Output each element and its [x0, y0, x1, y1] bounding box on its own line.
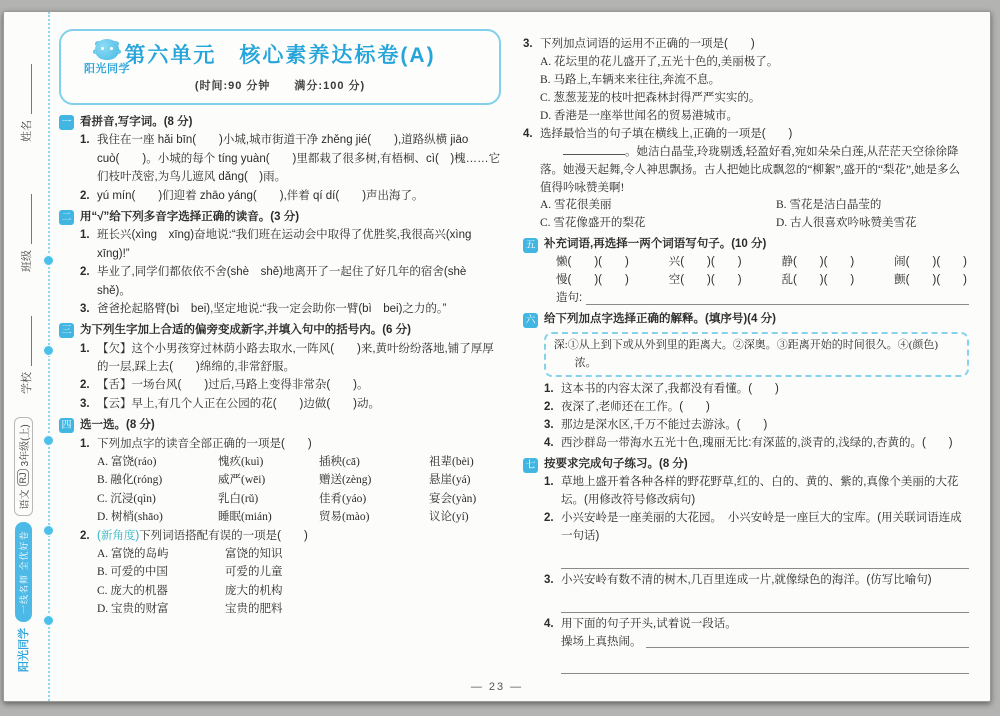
- margin-class-blank: [31, 194, 32, 244]
- sentence-label: 造句:: [556, 290, 582, 308]
- binding-dot: [43, 615, 54, 626]
- option-row: B. 可爱的中国 可爱的儿童: [80, 563, 501, 581]
- answer-line: [561, 658, 969, 674]
- option-row: C. 庞大的机器 庞大的机构: [80, 582, 501, 600]
- option-row: A. 雪花很美丽 B. 雪花是洁白晶莹的: [523, 197, 969, 215]
- margin-class-field: 班级: [18, 194, 34, 272]
- question-item: 4. 西沙群岛一带海水五光十色,瑰丽无比:有深蓝的,淡青的,浅绿的,杏黄的。( …: [544, 435, 969, 453]
- margin-name-label: 姓名: [18, 120, 34, 142]
- margin-brand: 阳光同学 一线名师 全优好卷 语文 RJ 3年级(上): [12, 460, 34, 672]
- section-6-title: 给下列加点字选择正确的解释。(填序号)(4 分): [544, 311, 776, 329]
- question-item: 4. 用下面的句子开头,试着说一段话。: [544, 616, 969, 634]
- question-item: 4. 选择最恰当的句子填在横线上,正确的一项是( ): [523, 126, 969, 144]
- section-2-body: 1. 班长兴(xìng xīng)奋地说:“我们班在运动会中取得了优胜奖,我很高…: [59, 226, 501, 318]
- binding-dot: [43, 525, 54, 536]
- answer-line: [561, 553, 969, 569]
- brand-slogan-pill: 一线名师 全优好卷: [15, 522, 32, 622]
- answer-blank: [563, 144, 625, 155]
- question-item: 1. 班长兴(xìng xīng)奋地说:“我们班在运动会中取得了优胜奖,我很高…: [80, 226, 501, 263]
- section-2-header: 二 用“√”给下列多音字选择正确的读音。(3 分): [59, 208, 501, 226]
- exam-title: 第六单元 核心素养达标卷(A): [124, 39, 435, 73]
- brand-subject: 语文: [16, 489, 31, 509]
- section-7-badge: 七: [523, 458, 538, 473]
- question-item: 2. (新角度)下列词语搭配有误的一项是( ): [80, 527, 501, 545]
- binding-dot: [43, 255, 54, 266]
- question-item: 3. 爸爸抡起胳臂(bì bei),坚定地说:“我一定会助你一臂(bì bei)…: [80, 300, 501, 318]
- option-list: A. 花坛里的花儿盛开了,五光十色的,美丽极了。 B. 马路上,车辆来来往往,奔…: [523, 54, 969, 126]
- option-row: C. 雪花像盛开的梨花 D. 古人很喜欢吟咏赞美雪花: [523, 215, 969, 233]
- section-1-body: 1. 我住在一座 hǎi bīn( )小城,城市街道干净 zhěng jié( …: [59, 131, 501, 205]
- section-6-header: 六 给下列加点字选择正确的解释。(填序号)(4 分): [523, 311, 969, 329]
- question-item: 3. 【云】早上,有几个人正在公园的花( )边做( )动。: [80, 395, 501, 413]
- brand-subject-box: 语文 RJ 3年级(上): [14, 417, 33, 516]
- section-5-header: 五 补充词语,再选择一两个词语写句子。(10 分): [523, 236, 969, 254]
- question-item: 2. yú mín( )们迎着 zhāo yáng( ),伴着 qí dí( )…: [80, 187, 501, 205]
- section-6-badge: 六: [523, 313, 538, 328]
- question-item: 2. 夜深了,老师还在工作。( ): [544, 399, 969, 417]
- new-angle-tag: (新角度): [97, 530, 139, 542]
- binding-dotted-line: [48, 12, 50, 701]
- question-item: 1. 下列加点字的读音全部正确的一项是( ): [80, 435, 501, 453]
- question-item: 3. 那边是深水区,千万不能过去游泳。( ): [544, 417, 969, 435]
- sun-mascot-icon: 阳光同学: [75, 39, 139, 79]
- section-2-badge: 二: [59, 210, 74, 225]
- margin-school-field: 学校: [18, 316, 34, 394]
- section-3-header: 三 为下列生字加上合适的偏旁变成新字,并填入句中的括号内。(6 分): [59, 321, 501, 339]
- binding-dot: [43, 345, 54, 356]
- section-5-badge: 五: [523, 238, 538, 253]
- margin-name-blank: [31, 64, 32, 114]
- option-row: A. 富饶的岛屿 富饶的知识: [80, 545, 501, 563]
- option-row: D. 宝贵的财富 宝贵的肥料: [80, 600, 501, 618]
- section-3-badge: 三: [59, 323, 74, 338]
- question-passage: 。她洁白晶莹,玲珑剔透,轻盈好看,宛如朵朵白莲,从茫茫天空徐徐降落。她漫天起舞,…: [523, 144, 969, 198]
- page-sheet: 姓名 班级 学校 阳光同学 一线名师 全优好卷 语文 RJ 3年级(上) 阳光同…: [3, 11, 991, 702]
- margin-name-field: 姓名: [18, 64, 34, 142]
- answer-line: [561, 597, 969, 613]
- section-4-badge: 四: [59, 418, 74, 433]
- section-1-header: 一 看拼音,写字词。(8 分): [59, 113, 501, 131]
- section-7-header: 七 按要求完成句子练习。(8 分): [523, 456, 969, 474]
- section-6-body: 深:①从上到下或从外到里的距离大。②深奥。③距离开始的时间很久。④(颜色)浓。 …: [523, 332, 969, 453]
- section-1-title: 看拼音,写字词。(8 分): [80, 113, 192, 131]
- exam-header: 阳光同学 第六单元 核心素养达标卷(A) (时间:90 分钟 满分:100 分): [59, 29, 501, 105]
- sentence-line: 造句:: [544, 290, 969, 308]
- section-5-body: 懒( )( ) 兴( )( ) 静( )( ) 闹( )( ) 慢( )( ) …: [523, 254, 969, 308]
- question-item: 1. 【欠】这个小男孩穿过林荫小路去取水,一阵风( )来,黄叶纷纷落地,铺了厚厚…: [80, 340, 501, 377]
- margin-class-label: 班级: [18, 250, 34, 272]
- page-number: — 23 —: [4, 681, 990, 693]
- logo-text: 阳光同学: [75, 61, 139, 79]
- sun-face-icon: [95, 39, 119, 60]
- section-5-title: 补充词语,再选择一两个词语写句子。(10 分): [544, 236, 766, 254]
- option-row: D. 树梢(shāo) 睡眠(mián) 贸易(mào) 议论(yí): [80, 508, 501, 526]
- margin-school-blank: [31, 316, 32, 366]
- brand-edition-badge: RJ: [17, 469, 29, 486]
- section-4-body: 1. 下列加点字的读音全部正确的一项是( ) A. 富饶(ráo) 愧疚(kuì…: [59, 435, 501, 619]
- question-item: 1. 这本书的内容太深了,我都没有看懂。( ): [544, 381, 969, 399]
- question-item: 1. 草地上盛开着各种各样的野花野草,红的、白的、黄的、紫的,真像个美丽的大花坛…: [544, 474, 969, 510]
- right-page: 3. 下列加点词语的运用不正确的一项是( ) A. 花坛里的花儿盛开了,五光十色…: [523, 36, 969, 677]
- definition-box: 深:①从上到下或从外到里的距离大。②深奥。③距离开始的时间很久。④(颜色)浓。: [544, 332, 969, 377]
- section-7-body: 1. 草地上盛开着各种各样的野花野草,红的、白的、黄的、紫的,真像个美丽的大花坛…: [523, 474, 969, 675]
- left-page: 阳光同学 第六单元 核心素养达标卷(A) (时间:90 分钟 满分:100 分)…: [59, 27, 501, 619]
- brand-logo: 阳光同学: [15, 628, 31, 672]
- question-item: 2. 【舌】一场台风( )过后,马路上变得非常杂( )。: [80, 376, 501, 394]
- section-2-title: 用“√”给下列多音字选择正确的读音。(3 分): [80, 208, 299, 226]
- option-row: B. 融化(róng) 威严(wēi) 赠送(zèng) 悬崖(yá): [80, 471, 501, 489]
- section-4-title: 选一选。(8 分): [80, 416, 155, 434]
- lead-sentence: 操场上真热闹。: [561, 634, 642, 652]
- option-row: A. 富饶(ráo) 愧疚(kuì) 插秧(cā) 祖辈(bèi): [80, 453, 501, 471]
- option-row: C. 沉浸(qìn) 乳白(rǔ) 佳肴(yáo) 宴会(yàn): [80, 490, 501, 508]
- lead-sentence-line: 操场上真热闹。: [544, 634, 969, 652]
- section-1-badge: 一: [59, 115, 74, 130]
- question-item: 3. 小兴安岭有数不清的树木,几百里连成一片,就像绿色的海洋。(仿写比喻句): [544, 572, 969, 590]
- margin-school-label: 学校: [18, 372, 34, 394]
- answer-blank: [586, 304, 969, 305]
- question-item: 2. 毕业了,同学们都依依不舍(shè shě)地离开了一起住了好几年的宿舍(s…: [80, 263, 501, 300]
- section-3-body: 1. 【欠】这个小男孩穿过林荫小路去取水,一阵风( )来,黄叶纷纷落地,铺了厚厚…: [59, 340, 501, 414]
- section-3-title: 为下列生字加上合适的偏旁变成新字,并填入句中的括号内。(6 分): [80, 321, 411, 339]
- brand-grade: 3年级(上): [16, 424, 31, 466]
- word-completion-row: 懒( )( ) 兴( )( ) 静( )( ) 闹( )( ): [544, 254, 969, 272]
- question-item: 3. 下列加点词语的运用不正确的一项是( ): [523, 36, 969, 54]
- binding-dot: [43, 435, 54, 446]
- section-4-header: 四 选一选。(8 分): [59, 416, 501, 434]
- question-item: 1. 我住在一座 hǎi bīn( )小城,城市街道干净 zhěng jié( …: [80, 131, 501, 186]
- section-7-title: 按要求完成句子练习。(8 分): [544, 456, 688, 474]
- answer-blank: [646, 647, 970, 648]
- question-item: 2. 小兴安岭是一座美丽的大花园。 小兴安岭是一座巨大的宝库。(用关联词语连成一…: [544, 510, 969, 546]
- word-completion-row: 慢( )( ) 空( )( ) 乱( )( ) 颤( )( ): [544, 272, 969, 290]
- exam-subtitle: (时间:90 分钟 满分:100 分): [195, 78, 365, 96]
